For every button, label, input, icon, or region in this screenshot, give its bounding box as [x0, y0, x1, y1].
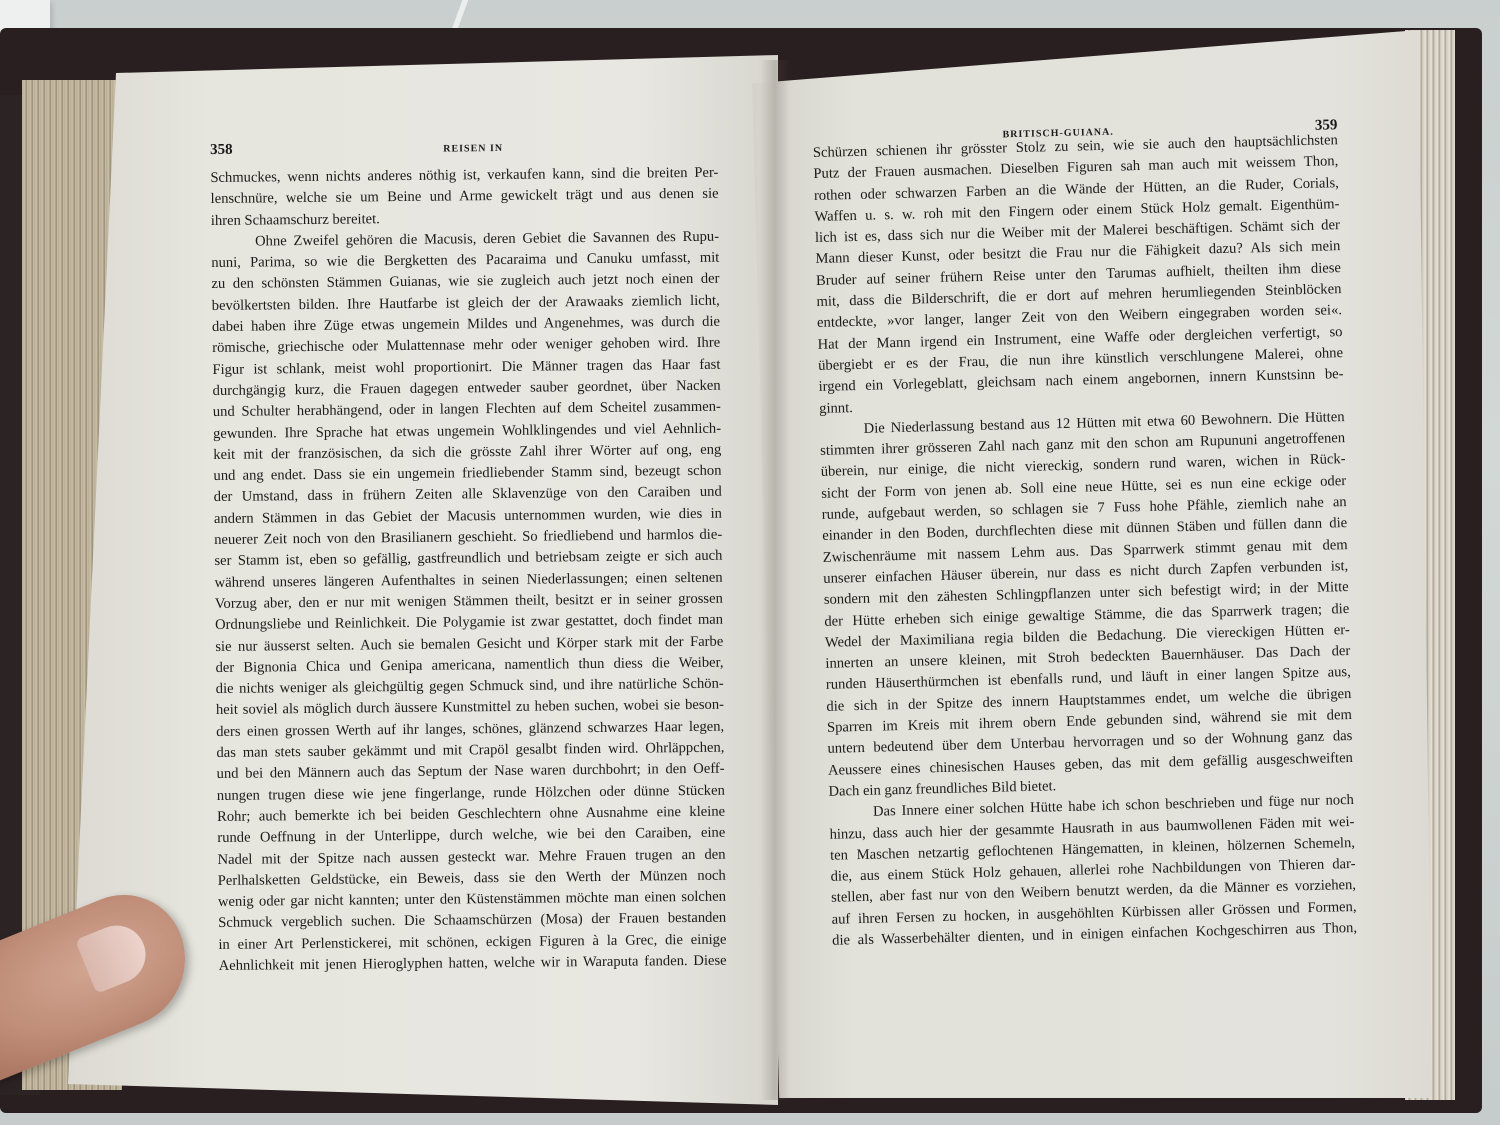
right-page-text: BRITISCH-GUIANA. 359 Schürzen schienen i… — [812, 102, 1357, 952]
page-number: 358 — [210, 140, 233, 162]
left-page-text: 358 REISEN IN Schmuckes, wenn nichts and… — [210, 135, 727, 978]
thumbnail — [75, 917, 154, 994]
book-gutter — [760, 60, 790, 1100]
right-page-body: Schürzen schienen ihr grösster Stolz zu … — [813, 130, 1358, 952]
running-head: REISEN IN — [443, 138, 503, 160]
left-page-body: Schmuckes, wenn nichts anderes nöthig is… — [210, 163, 726, 978]
